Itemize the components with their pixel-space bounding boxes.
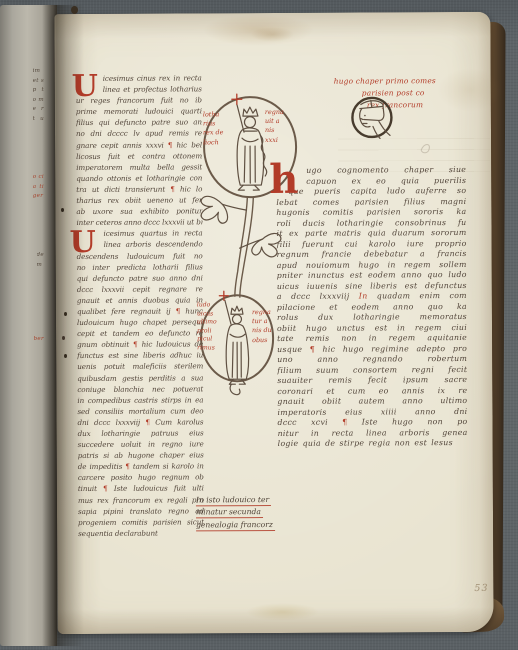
faint-pen-squiggle xyxy=(419,140,437,156)
text-line: logie quia de stirpe regia non est lesus xyxy=(278,438,468,449)
text-line: im xyxy=(33,67,44,77)
medallion-label-louis-left: ludouicusultimoprolipiculrimus xyxy=(197,301,225,353)
text-line: dux lotharingie patruus eius xyxy=(78,428,204,440)
text-line: rimus xyxy=(197,344,225,353)
text-line: a ti xyxy=(33,183,44,193)
margin-text-fragments-dark: imet sp to me rt u xyxy=(33,67,44,125)
text-line: mus rex francorum ex regali pro xyxy=(78,495,204,507)
text-line: lioch xyxy=(203,138,235,147)
pilcrow-mark: ¶ xyxy=(145,418,150,427)
text-line: sequentia declarabunt xyxy=(78,528,204,540)
text-line: xxxi xyxy=(265,135,295,144)
pilcrow-mark: ¶ xyxy=(342,418,347,427)
parchment-stain xyxy=(202,14,314,47)
photo-background: imet sp to me rt u o cia tiger dem ber U… xyxy=(0,0,518,650)
text-line: progeniem comitis parisien sicut xyxy=(78,517,204,529)
text-line: e r xyxy=(33,105,44,115)
parchment-stain xyxy=(250,27,294,42)
text-line: t u xyxy=(33,115,44,125)
drop-cap-initial: U xyxy=(69,225,95,260)
pilcrow-mark: ¶ xyxy=(168,140,173,149)
text-line: obus xyxy=(252,336,282,345)
drop-cap-initial: h xyxy=(269,156,298,203)
text-line: nis xyxy=(265,126,295,135)
text-line: hugo chaper primo comes xyxy=(334,76,464,89)
medallion-label-lothar-right: regnauit anisxxxi xyxy=(265,108,295,145)
text-line: tur a xyxy=(252,317,282,326)
pilcrow-mark: ¶ xyxy=(103,484,108,493)
medallion-label-louis-right: regnatur anis duobus xyxy=(252,308,282,345)
margin-text-fragments-dark-low: dem xyxy=(37,251,45,270)
text-line: minatur secunda xyxy=(196,507,263,518)
bottom-note: In isto ludouico terminatur secundagenea… xyxy=(196,495,316,533)
pilcrow-mark: ¶ xyxy=(170,184,175,193)
text-line: de xyxy=(37,251,45,261)
hugh-capet-portrait-medallion xyxy=(349,93,397,143)
parchment-stain xyxy=(245,603,319,621)
margin-text-fragments-red: o cia tiger xyxy=(33,173,44,202)
vine-leaf-left xyxy=(201,196,246,223)
king-figure-lothar xyxy=(237,104,267,190)
text-line: p t xyxy=(33,86,44,96)
text-line: ger xyxy=(33,192,44,202)
text-line: m xyxy=(37,261,45,271)
text-line: genealogia francorz xyxy=(196,520,275,531)
text-line: uicus xyxy=(197,310,225,319)
text-line: regna xyxy=(252,308,282,317)
text-line: ludo xyxy=(197,301,225,310)
red-cross-icon xyxy=(232,94,242,104)
text-line: uit a xyxy=(265,117,295,126)
text-line: tinuit ¶ Iste ludouicus fuit ulti xyxy=(78,484,204,496)
text-line: ultimo xyxy=(197,318,225,327)
text-line: picul xyxy=(197,336,225,345)
facing-page-edge: imet sp to me rt u o cia tiger dem ber xyxy=(0,5,57,646)
pilcrow-mark: ¶ xyxy=(133,340,138,349)
text-line: carcere posito hugo regnum ob xyxy=(78,473,204,485)
text-line: o m xyxy=(33,96,44,106)
text-line: patris si ab hugone chaper eius xyxy=(78,451,204,463)
pilcrow-mark: ¶ xyxy=(176,306,181,315)
drop-cap-initial: U xyxy=(72,69,98,104)
pilcrow-mark: ¶ xyxy=(125,462,130,471)
manuscript-page: U U icesimus cinus rex in rectalinea et … xyxy=(54,12,493,634)
text-line: ber xyxy=(34,335,44,345)
text-line: sapia pipini translato regno ad xyxy=(78,506,204,518)
text-line: lotha xyxy=(203,110,235,119)
text-line: et s xyxy=(33,77,44,87)
medallion-label-lothar-left: lothariusrex delioch xyxy=(203,110,235,147)
text-line: proli xyxy=(197,327,225,336)
text-line: regna xyxy=(265,108,295,117)
text-line: rex de xyxy=(203,129,235,138)
text-line: dni dccc lxxxviij ¶ Cum karolus xyxy=(77,417,203,429)
wormhole-specks xyxy=(61,208,64,212)
text-line: In isto ludouico ter xyxy=(196,495,271,506)
text-line: de impeditis ¶ tandem si karolo in xyxy=(78,462,204,474)
text-line: rius xyxy=(203,119,235,128)
margin-text-fragments-red-low: ber xyxy=(34,335,44,345)
text-line: nis du xyxy=(252,326,282,335)
text-line: succedere uoluit in regno iure xyxy=(78,439,204,451)
folio-number: 53 xyxy=(474,583,488,594)
vine-stem xyxy=(234,197,254,297)
text-line: o ci xyxy=(33,173,44,183)
